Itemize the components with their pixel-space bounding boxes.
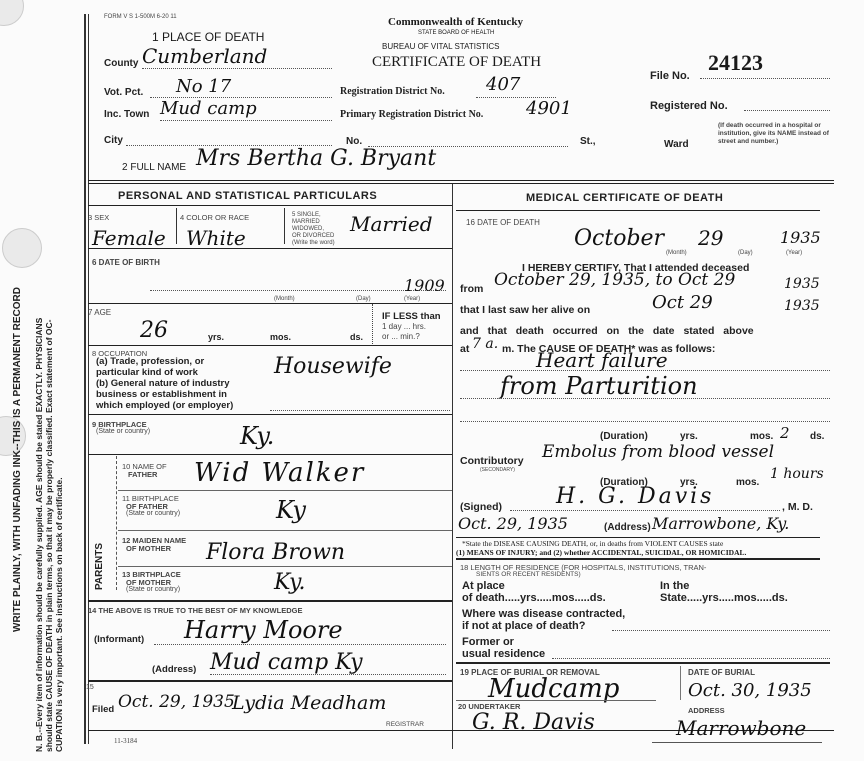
signature-line <box>510 510 780 511</box>
vot-pct-label: Vot. Pct. <box>104 87 143 98</box>
street-label: St., <box>580 136 596 147</box>
vot-pct-value: No 17 <box>176 76 231 97</box>
yrs-label: yrs. <box>208 332 224 342</box>
side-note-permanent-record: WRITE PLAINLY, WITH UNFADING INK--THIS I… <box>12 287 23 632</box>
physician-address-value: Marrowbone, Ky. <box>652 514 789 533</box>
less-than-label: or ... min.? <box>382 332 420 341</box>
duration-label: (Duration) <box>600 431 648 442</box>
marital-label: 5 SINGLE, <box>292 212 321 218</box>
birthplace-value: Ky. <box>240 422 274 450</box>
contracted-label: Where was disease contracted, <box>462 608 625 620</box>
side-note-line-3: CUPATION is very important. See instruct… <box>54 477 64 752</box>
occupation-line <box>270 410 450 411</box>
former-residence-label: usual residence <box>462 648 545 660</box>
divider <box>118 490 452 491</box>
county-label: County <box>104 58 138 69</box>
city-label: City <box>104 135 123 146</box>
contributory-label: Contributory <box>460 455 524 467</box>
divider <box>88 180 834 181</box>
informant-address-line <box>210 674 446 675</box>
father-name-label: FATHER <box>128 470 157 479</box>
marital-value: Married <box>350 212 433 236</box>
side-note-line-2: should state CAUSE OF DEATH in plain ter… <box>44 320 54 753</box>
left-border-inner <box>88 14 89 744</box>
county-line <box>142 68 332 69</box>
occupation-value: Housewife <box>274 354 392 379</box>
informant-value: Harry Moore <box>184 616 343 644</box>
death-year-value: 1935 <box>780 228 821 247</box>
mos-label: mos. <box>270 332 291 342</box>
bureau-heading: BUREAU OF VITAL STATISTICS <box>382 42 500 51</box>
cause-of-death-line-1: Heart failure <box>536 348 668 372</box>
divider <box>88 600 452 602</box>
informant-address-label: (Address) <box>152 664 196 675</box>
informant-line <box>154 644 446 645</box>
registered-no-label: Registered No. <box>650 100 728 112</box>
in-state-label: In the <box>660 580 689 592</box>
divider <box>176 208 177 244</box>
informant-address-value: Mud camp Ky <box>210 650 363 675</box>
contributory-duration-value: 1 hours <box>770 466 824 482</box>
inc-town-label: Inc. Town <box>104 109 149 120</box>
divider <box>88 454 452 455</box>
undertaker-address-value: Marrowbone <box>676 716 806 740</box>
month-label: (Month) <box>666 250 687 256</box>
attended-from-value: October 29, 1935, to Oct 29 <box>494 270 735 290</box>
informant-label: (Informant) <box>94 634 144 645</box>
marital-label: OR DIVORCED <box>292 233 334 239</box>
dob-label: 6 DATE OF BIRTH <box>92 258 160 267</box>
side-note-line-1: N. B.--Every item of information should … <box>34 318 44 752</box>
physician-address-label: (Address) <box>604 522 651 533</box>
physician-signature: H. G. Davis <box>556 484 714 509</box>
time-of-death-value: 7 a. <box>472 336 498 352</box>
date-of-death-label: 16 DATE OF DEATH <box>466 218 540 227</box>
inc-town-value: Mud camp <box>160 98 257 119</box>
occupation-b-label: (b) General nature of industry <box>96 378 230 389</box>
occupation-b-label: which employed (or employer) <box>96 400 233 411</box>
board-heading: STATE BOARD OF HEALTH <box>418 30 494 36</box>
duration-days-value: 2 <box>780 424 790 442</box>
occupation-b-label: business or establishment in <box>96 389 227 400</box>
former-residence-label: Former or <box>462 636 514 648</box>
signed-label: (Signed) <box>460 501 502 513</box>
year-label: (Year) <box>786 250 802 256</box>
ds-label: ds. <box>810 431 824 442</box>
father-birthplace-label: (State or country) <box>126 510 180 517</box>
burial-date-value: Oct. 30, 1935 <box>688 680 812 701</box>
mos-label: mos. <box>736 477 759 488</box>
filed-number: 15 <box>86 684 94 691</box>
ward-label: Ward <box>664 139 689 150</box>
attended-year-value: 1935 <box>784 276 820 292</box>
registrar-value: Lydia Meadham <box>232 692 386 714</box>
reg-district-label: Registration District No. <box>340 86 445 97</box>
marital-label: (Write the word) <box>292 240 335 246</box>
filed-date-value: Oct. 29, 1935 <box>118 692 235 712</box>
personal-heading: PERSONAL AND STATISTICAL PARTICULARS <box>118 190 377 202</box>
undertaker-value: G. R. Davis <box>472 710 595 735</box>
form-code: FORM V S 1-500M 6-20 11 <box>104 14 177 20</box>
footnote-line-1: *State the DISEASE CAUSING DEATH, or, in… <box>462 539 723 548</box>
hospital-note: (If death occurred in a hospital or inst… <box>718 122 832 146</box>
in-state-fields: State.....yrs.....mos.....ds. <box>660 592 788 604</box>
mother-name-label: OF MOTHER <box>126 544 171 553</box>
undertaker-address-label: ADDRESS <box>688 706 725 715</box>
secondary-label: (SECONDARY) <box>480 467 515 473</box>
burial-date-label: DATE OF BURIAL <box>688 668 755 677</box>
occurred-text: and that death occurred on the date stat… <box>460 325 754 337</box>
less-than-label: IF LESS than <box>382 311 441 322</box>
residence-label: SIENTS OR RECENT RESIDENTS) <box>476 571 581 578</box>
dob-line <box>150 290 446 291</box>
contracted-label: if not at place of death? <box>462 620 585 632</box>
month-label: (Month) <box>274 296 295 302</box>
primary-reg-label: Primary Registration District No. <box>340 109 483 120</box>
mother-birthplace-value: Ky. <box>274 570 306 595</box>
at-place-label: At place <box>462 580 505 592</box>
last-saw-label: that I last saw her alive on <box>460 304 590 316</box>
divider <box>372 304 373 344</box>
birthplace-sublabel: (State or country) <box>96 428 150 435</box>
yrs-label: yrs. <box>680 431 698 442</box>
at-label: at <box>460 343 469 355</box>
divider <box>118 566 452 567</box>
registrar-label: REGISTRAR <box>386 721 424 728</box>
full-name-value: Mrs Bertha G. Bryant <box>196 146 436 171</box>
occupation-a-label: particular kind of work <box>96 367 198 378</box>
cause-line <box>460 370 830 371</box>
former-residence-line <box>552 658 830 659</box>
left-border <box>84 14 86 744</box>
filed-label: Filed <box>92 704 114 715</box>
punch-hole <box>2 228 42 268</box>
day-label: (Day) <box>356 296 371 302</box>
registered-no-line <box>744 110 830 111</box>
death-month-value: October <box>574 226 664 251</box>
divider <box>88 414 452 415</box>
primary-reg-value: 4901 <box>526 98 572 119</box>
age-label: 7 AGE <box>88 308 111 317</box>
sex-label: 3 SEX <box>88 213 109 222</box>
divider <box>88 303 452 304</box>
footnote-line-2: (1) MEANS OF INJURY; and (2) whether ACC… <box>456 548 746 557</box>
file-no-value: 24123 <box>708 50 763 76</box>
race-value: White <box>186 226 246 250</box>
less-than-label: 1 day ... hrs. <box>382 322 426 331</box>
column-divider <box>452 184 453 749</box>
year-label: (Year) <box>404 296 420 302</box>
divider <box>456 537 820 538</box>
divider <box>88 680 452 682</box>
cause-line <box>460 421 830 422</box>
last-saw-year-value: 1935 <box>784 298 820 314</box>
divider <box>284 208 285 244</box>
last-saw-value: Oct 29 <box>652 292 713 313</box>
divider <box>88 248 452 249</box>
full-name-label: 2 FULL NAME <box>122 162 186 173</box>
divider <box>88 205 452 206</box>
file-no-line <box>700 78 830 79</box>
divider <box>652 742 822 743</box>
form-number: 11-3184 <box>114 737 137 745</box>
signature-date-value: Oct. 29, 1935 <box>458 514 568 533</box>
divider <box>88 345 452 346</box>
inc-town-line <box>160 120 332 121</box>
father-birthplace-value: Ky <box>276 496 306 524</box>
contracted-line <box>612 630 830 631</box>
divider <box>456 662 830 664</box>
death-day-value: 29 <box>698 226 723 250</box>
mother-birthplace-label: (State or country) <box>126 586 180 593</box>
county-value: Cumberland <box>142 44 267 68</box>
mos-label: mos. <box>750 431 773 442</box>
day-label: (Day) <box>738 250 753 256</box>
marital-label: MARRIED <box>292 219 320 225</box>
divider <box>118 530 452 531</box>
occupation-a-label: (a) Trade, profession, or <box>96 356 204 367</box>
race-label: 4 COLOR OR RACE <box>180 213 249 222</box>
file-no-label: File No. <box>650 70 690 82</box>
divider <box>456 210 820 211</box>
divider <box>456 700 656 701</box>
age-years-value: 26 <box>140 318 168 343</box>
true-statement-label: 14 THE ABOVE IS TRUE TO THE BEST OF MY K… <box>88 606 302 615</box>
marital-label: WIDOWED, <box>292 226 324 232</box>
cause-line <box>460 398 830 399</box>
place-of-death-label: 1 PLACE OF DEATH <box>152 30 264 44</box>
dob-year-value: 1909 <box>404 276 445 295</box>
divider <box>680 666 681 700</box>
at-place-fields: of death.....yrs.....mos.....ds. <box>462 592 606 604</box>
divider <box>456 558 820 560</box>
from-label: from <box>460 283 483 295</box>
ds-label: ds. <box>350 332 363 342</box>
commonwealth-heading: Commonwealth of Kentucky <box>388 16 523 28</box>
certificate-title: CERTIFICATE OF DEATH <box>372 54 541 71</box>
mother-name-value: Flora Brown <box>206 540 345 565</box>
divider <box>88 183 834 184</box>
cause-of-death-line-2: from Parturition <box>500 372 698 400</box>
sex-value: Female <box>92 226 166 250</box>
punch-hole <box>0 0 24 26</box>
medical-heading: MEDICAL CERTIFICATE OF DEATH <box>526 192 723 204</box>
contributory-value: Embolus from blood vessel <box>542 442 774 462</box>
parents-label: PARENTS <box>94 543 105 590</box>
reg-district-value: 407 <box>486 74 520 95</box>
father-name-value: Wid Walker <box>194 458 365 488</box>
divider <box>116 456 117 590</box>
md-label: , M. D. <box>782 501 813 513</box>
